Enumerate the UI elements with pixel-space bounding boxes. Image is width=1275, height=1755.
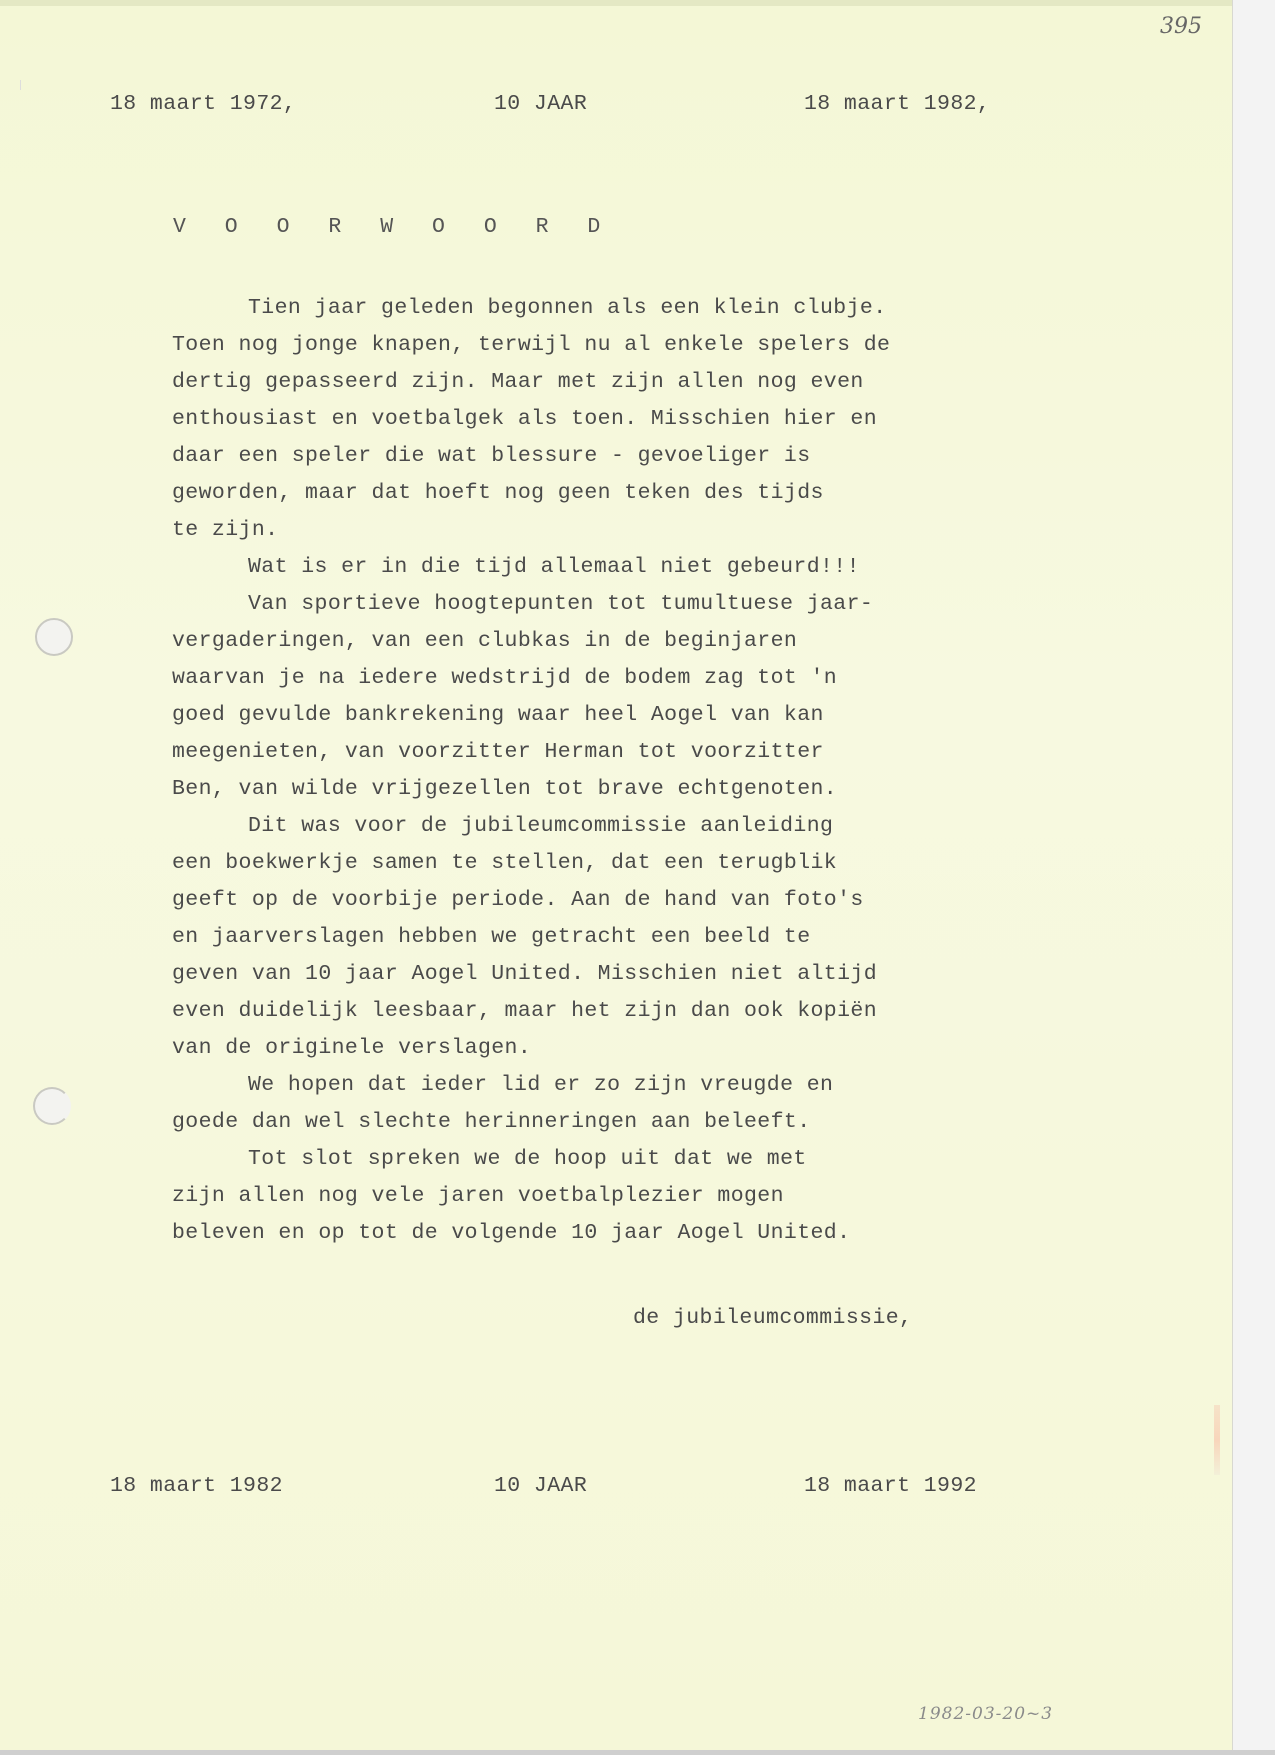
text-line: Ben, van wilde vrijgezellen tot brave ec… — [172, 771, 1012, 808]
text-line: dertig gepasseerd zijn. Maar met zijn al… — [172, 364, 1012, 401]
punch-hole-icon — [35, 618, 73, 656]
text-line: enthousiast en voetbalgek als toen. Miss… — [172, 401, 1012, 438]
page-number: 395 — [1160, 14, 1202, 39]
text-line: goede dan wel slechte herinneringen aan … — [172, 1104, 1012, 1141]
page-title: V O O R W O O R D — [173, 215, 613, 239]
text-line: Wat is er in die tijd allemaal niet gebe… — [172, 549, 1012, 586]
foreword-body: Tien jaar geleden begonnen als een klein… — [172, 290, 1012, 1252]
text-line: zijn allen nog vele jaren voetbalplezier… — [172, 1178, 1012, 1215]
footer-end-date: 18 maart 1992 — [804, 1474, 977, 1498]
scanned-page: 395 18 maart 1972, 10 JAAR 18 maart 1982… — [0, 0, 1232, 1750]
text-line: Tot slot spreken we de hoop uit dat we m… — [172, 1141, 1012, 1178]
text-line: Tien jaar geleden begonnen als een klein… — [172, 290, 1012, 327]
edge-stain — [1214, 1405, 1220, 1475]
text-line: geworden, maar dat hoeft nog geen teken … — [172, 475, 1012, 512]
text-line: Dit was voor de jubileumcommissie aanlei… — [172, 808, 1012, 845]
footer-start-date: 18 maart 1982 — [110, 1474, 283, 1498]
text-line: geven van 10 jaar Aogel United. Misschie… — [172, 956, 1012, 993]
text-line: Toen nog jonge knapen, terwijl nu al enk… — [172, 327, 1012, 364]
text-line: waarvan je na iedere wedstrijd de bodem … — [172, 660, 1012, 697]
scan-mark — [20, 80, 27, 90]
text-line: vergaderingen, van een clubkas in de beg… — [172, 623, 1012, 660]
text-line: van de originele verslagen. — [172, 1030, 1012, 1067]
text-line: en jaarverslagen hebben we getracht een … — [172, 919, 1012, 956]
text-line: goed gevulde bankrekening waar heel Aoge… — [172, 697, 1012, 734]
header-start-date: 18 maart 1972, — [110, 92, 296, 116]
header-end-date: 18 maart 1982, — [804, 92, 990, 116]
text-line: een boekwerkje samen te stellen, dat een… — [172, 845, 1012, 882]
page-top-edge — [0, 0, 1232, 6]
punch-hole-icon — [33, 1087, 71, 1125]
signature: de jubileumcommissie, — [633, 1306, 912, 1330]
text-line: te zijn. — [172, 512, 1012, 549]
text-line: Van sportieve hoogtepunten tot tumultues… — [172, 586, 1012, 623]
text-line: We hopen dat ieder lid er zo zijn vreugd… — [172, 1067, 1012, 1104]
text-line: daar een speler die wat blessure - gevoe… — [172, 438, 1012, 475]
text-line: beleven en op tot de volgende 10 jaar Ao… — [172, 1215, 1012, 1252]
archive-stamp: 1982-03-20~3 — [918, 1704, 1053, 1724]
text-line: geeft op de voorbije periode. Aan de han… — [172, 882, 1012, 919]
text-line: meegenieten, van voorzitter Herman tot v… — [172, 734, 1012, 771]
text-line: even duidelijk leesbaar, maar het zijn d… — [172, 993, 1012, 1030]
header-anniversary: 10 JAAR — [494, 92, 587, 116]
page-bottom-edge — [0, 1750, 1275, 1755]
footer-anniversary: 10 JAAR — [494, 1474, 587, 1498]
